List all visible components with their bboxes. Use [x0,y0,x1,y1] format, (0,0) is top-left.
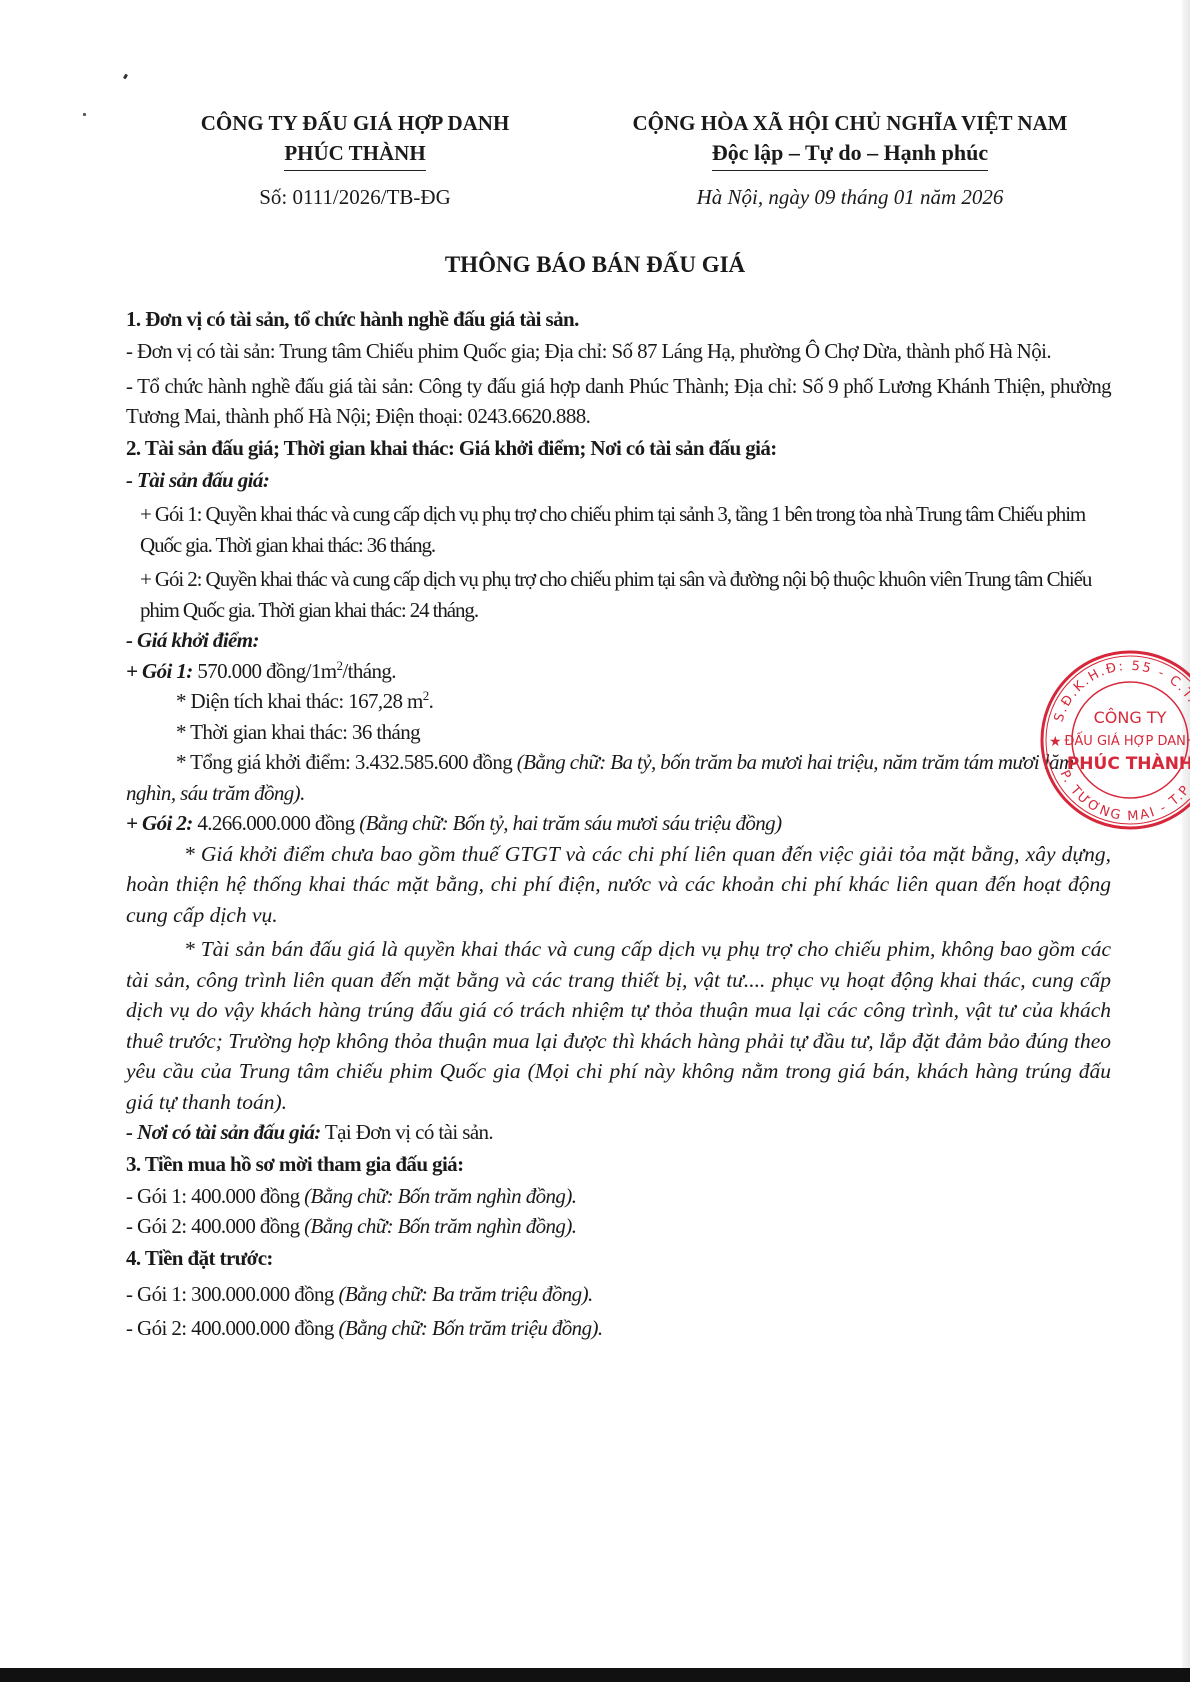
nation-name: CỘNG HÒA XÃ HỘI CHỦ NGHĨA VIỆT NAM [600,108,1100,138]
package-1-duration: * Thời gian khai thác: 36 tháng [126,717,1111,748]
auction-organization: - Tổ chức hành nghề đấu giá tài sản: Côn… [126,371,1111,432]
section-1-heading: 1. Đơn vị có tài sản, tổ chức hành nghề … [126,303,1111,336]
svg-text:CÔNG TY: CÔNG TY [1094,708,1167,727]
price-note-2: * Tài sản bán đấu giá là quyền khai thác… [126,934,1111,1117]
svg-text:★: ★ [1049,734,1062,750]
asset-package-1: + Gói 1: Quyền khai thác và cung cấp dịc… [126,499,1111,560]
seal-icon: S.Đ.K.H.Đ: 55 - C.T.P P. TƯƠNG MAI - T.P… [1035,645,1190,835]
svg-text:P. TƯƠNG MAI - T.P: P. TƯƠNG MAI - T.P [1057,768,1190,824]
package-1-price: + Gói 1: 570.000 đồng/1m2/tháng. [126,656,1111,687]
document-number: Số: 0111/2026/TB-ĐG [150,181,560,213]
document-title: THÔNG BÁO BÁN ĐẤU GIÁ [0,252,1190,278]
org-name-line1: CÔNG TY ĐẤU GIÁ HỢP DANH [150,108,560,138]
scan-speck [123,74,128,80]
section-2-heading: 2. Tài sản đấu giá; Thời gian khai thác:… [126,432,1111,465]
organization-header: CÔNG TY ĐẤU GIÁ HỢP DANH PHÚC THÀNH Số: … [150,108,560,213]
scan-speck [83,113,86,116]
svg-text:PHÚC THÀNH: PHÚC THÀNH [1067,752,1190,774]
package-1-total: * Tổng giá khởi điểm: 3.432.585.600 đồng… [126,747,1111,808]
dossier-fee-package-1: - Gói 1: 400.000 đồng (Bằng chữ: Bốn tră… [126,1181,1111,1212]
national-motto: Độc lập – Tự do – Hạnh phúc [712,138,988,171]
dossier-fee-package-2: - Gói 2: 400.000 đồng (Bằng chữ: Bốn tră… [126,1211,1111,1242]
org-name-line2: PHÚC THÀNH [284,138,425,171]
document-body: 1. Đơn vị có tài sản, tổ chức hành nghề … [126,303,1111,1344]
section-3-heading: 3. Tiền mua hồ sơ mời tham gia đấu giá: [126,1148,1111,1181]
asset-package-2: + Gói 2: Quyền khai thác và cung cấp dịc… [126,564,1111,625]
svg-text:ĐẤU GIÁ HỢP DANH: ĐẤU GIÁ HỢP DANH [1064,732,1190,749]
assets-label: - Tài sản đấu giá: [126,465,1111,496]
national-header: CỘNG HÒA XÃ HỘI CHỦ NGHĨA VIỆT NAM Độc l… [600,108,1100,213]
section-4-heading: 4. Tiền đặt trước: [126,1242,1111,1275]
package-1-area: * Diện tích khai thác: 167,28 m2. [126,686,1111,717]
asset-location: - Nơi có tài sản đấu giá: Tại Đơn vị có … [126,1117,1111,1148]
company-seal: S.Đ.K.H.Đ: 55 - C.T.P P. TƯƠNG MAI - T.P… [1035,645,1190,835]
deposit-package-1: - Gói 1: 300.000.000 đồng (Bằng chữ: Ba … [126,1279,1111,1310]
scan-border [0,1668,1190,1682]
asset-owner: - Đơn vị có tài sản: Trung tâm Chiếu phi… [126,336,1111,367]
price-note-1: * Giá khởi điểm chưa bao gồm thuế GTGT v… [126,839,1111,931]
deposit-package-2: - Gói 2: 400.000.000 đồng (Bằng chữ: Bốn… [126,1313,1111,1344]
starting-price-label: - Giá khởi điểm: [126,625,1111,656]
place-date: Hà Nội, ngày 09 tháng 01 năm 2026 [600,181,1100,213]
package-2-price: + Gói 2: 4.266.000.000 đồng (Bằng chữ: B… [126,808,1111,839]
